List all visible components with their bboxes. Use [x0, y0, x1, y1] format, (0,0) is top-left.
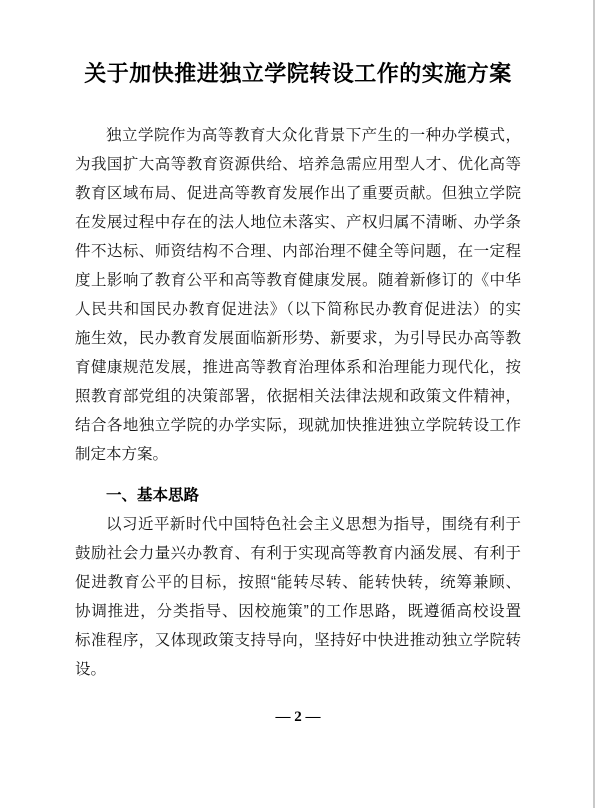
text-line: 在发展过程中存在的法人地位未落实、产权归属不清晰、办学条: [75, 208, 521, 237]
paragraph-basic-approach: 以习近平新时代中国特色社会主义思想为指导，围绕有利于鼓励社会力量兴办教育、有利于…: [75, 510, 521, 684]
section-heading-basic-approach: 一、基本思路: [75, 481, 521, 510]
text-line: 度上影响了教育公平和高等教育健康发展。随着新修订的《中华: [75, 266, 521, 295]
text-line: 照教育部党组的决策部署，依据相关法律法规和政策文件精神，: [75, 382, 521, 411]
paragraph-intro: 独立学院作为高等教育大众化背景下产生的一种办学模式，为我国扩大高等教育资源供给、…: [75, 121, 521, 469]
text-line: 施生效，民办教育发展面临新形势、新要求，为引导民办高等教: [75, 324, 521, 353]
text-line: 标准程序，又体现政策支持导向，坚持好中快进推动独立学院转: [75, 626, 521, 655]
text-line: 结合各地独立学院的办学实际，现就加快推进独立学院转设工作: [75, 411, 521, 440]
text-line: 协调推进，分类指导、因校施策”的工作思路，既遵循高校设置: [75, 597, 521, 626]
document-page: 关于加快推进独立学院转设工作的实施方案 独立学院作为高等教育大众化背景下产生的一…: [0, 0, 596, 808]
text-line: 设。: [75, 655, 521, 684]
text-line: 促进教育公平的目标，按照“能转尽转、能转快转，统筹兼顾、: [75, 568, 521, 597]
document-title: 关于加快推进独立学院转设工作的实施方案: [0, 58, 596, 90]
text-line: 育健康规范发展，推进高等教育治理体系和治理能力现代化，按: [75, 353, 521, 382]
text-line: 以习近平新时代中国特色社会主义思想为指导，围绕有利于: [75, 510, 521, 539]
text-line: 独立学院作为高等教育大众化背景下产生的一种办学模式，: [75, 121, 521, 150]
text-line: 人民共和国民办教育促进法》（以下简称民办教育促进法）的实: [75, 295, 521, 324]
page-number: — 2 —: [0, 707, 596, 727]
text-line: 件不达标、师资结构不合理、内部治理不健全等问题，在一定程: [75, 237, 521, 266]
text-line: 鼓励社会力量兴办教育、有利于实现高等教育内涵发展、有利于: [75, 539, 521, 568]
text-line: 为我国扩大高等教育资源供给、培养急需应用型人才、优化高等: [75, 150, 521, 179]
text-line: 教育区域布局、促进高等教育发展作出了重要贡献。但独立学院: [75, 179, 521, 208]
document-body: 独立学院作为高等教育大众化背景下产生的一种办学模式，为我国扩大高等教育资源供给、…: [75, 121, 521, 684]
text-line: 制定本方案。: [75, 440, 521, 469]
page-edge-line: [593, 0, 595, 808]
